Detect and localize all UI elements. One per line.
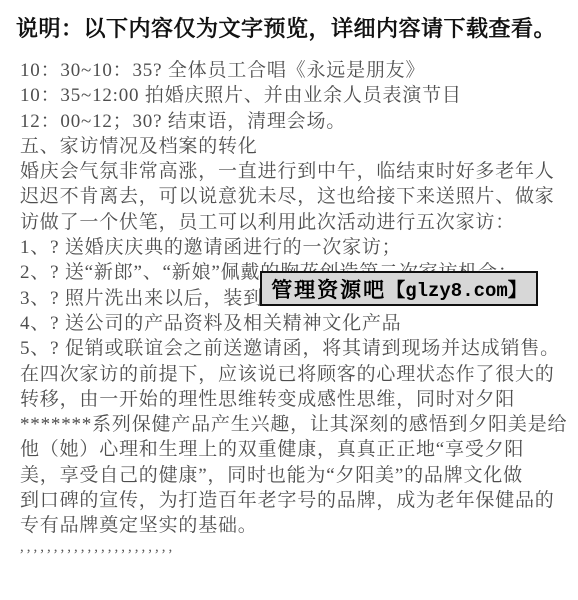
watermark-site-name: 管理资源吧 [271, 274, 386, 304]
text-line: 在四次家访的前提下，应该说已将顾客的心理状态作了很大的 [20, 362, 568, 387]
text-line: 他（她）心理和生理上的双重健康，真真正正地“享受夕阳 [20, 437, 568, 462]
preview-notice: 说明：以下内容仅为文字预览，详细内容请下载查看。 [16, 15, 556, 43]
text-line: 10：30~10：35? 全体员工合唱《永远是朋友》 [20, 58, 568, 83]
document-preview-page: 说明：以下内容仅为文字预览，详细内容请下载查看。 10：30~10：35? 全体… [0, 0, 578, 600]
text-line: 访做了一个伏笔，员工可以利用此次活动进行五次家访： [20, 210, 568, 235]
watermark-link[interactable]: 管理资源吧【glzy8.com】 [260, 271, 538, 306]
text-line: 五、家访情况及档案的转化 [20, 134, 568, 159]
text-line: 到口碑的宣传，为打造百年老字号的品牌，成为老年保健品的 [20, 488, 568, 513]
text-line: 10：35~12:00 拍婚庆照片、并由业余人员表演节目 [20, 83, 568, 108]
ellipsis-row: ,,,,,,,,,,,,,,,,,,,,,,, [20, 535, 568, 560]
text-line: 1、? 送婚庆庆典的邀请函进行的一次家访； [20, 235, 568, 260]
watermark-domain: 【glzy8.com】 [386, 275, 527, 302]
text-line: 5、? 促销或联谊会之前送邀请函，将其请到现场并达成销售。 [20, 336, 568, 361]
text-line: 婚庆会气氛非常高涨，一直进行到中午，临结束时好多老年人 [20, 159, 568, 184]
text-line: 4、? 送公司的产品资料及相关精神文化产品 [20, 311, 568, 336]
text-line: 美，享受自己的健康”，同时也能为“夕阳美”的品牌文化做 [20, 463, 568, 488]
text-line: 迟迟不肯离去，可以说意犹未尽，这也给接下来送照片、做家 [20, 184, 568, 209]
text-line: 转移，由一开始的理性思维转变成感性思维，同时对夕阳 [20, 387, 568, 412]
text-line: *******系列保健产品产生兴趣，让其深刻的感悟到夕阳美是给 [20, 412, 568, 437]
document-body: 10：30~10：35? 全体员工合唱《永远是朋友》 10：35~12:00 拍… [20, 58, 568, 564]
text-line: 12：00~12；30? 结束语，清理会场。 [20, 109, 568, 134]
